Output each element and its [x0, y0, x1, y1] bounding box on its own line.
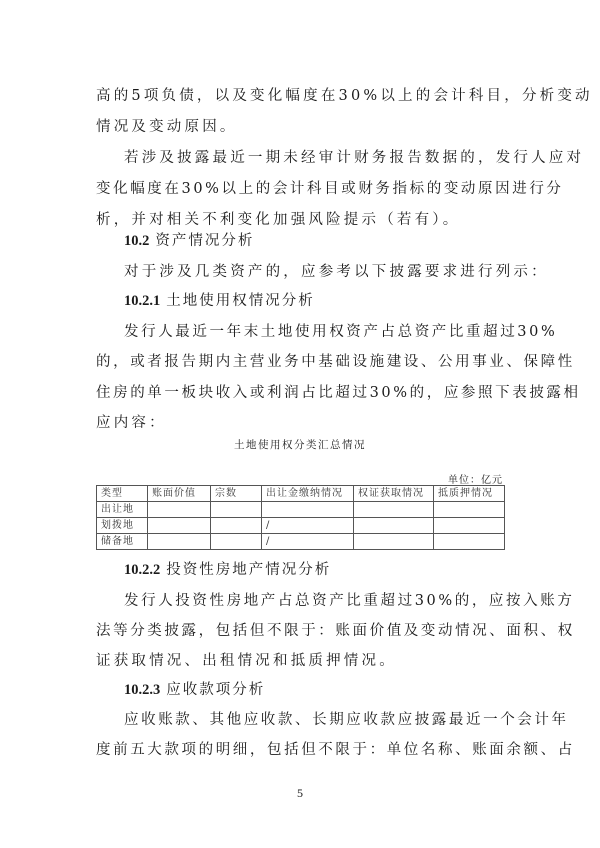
section-title: 应收款项分析	[166, 682, 265, 698]
table-cell: /	[262, 534, 354, 550]
table-cell	[354, 502, 434, 518]
table-cell	[434, 518, 505, 534]
paragraph-line: 发行人投资性房地产占总资产比重超过30%的，应按入账方	[124, 591, 504, 611]
header-cell: 权证获取情况	[354, 486, 434, 502]
table-cell	[434, 534, 505, 550]
header-cell: 宗数	[211, 486, 262, 502]
table-cell	[262, 502, 354, 518]
table-cell	[354, 534, 434, 550]
paragraph-line: 对于涉及几类资产的，应参考以下披露要求进行列示：	[124, 262, 504, 282]
table-cell: 储备地	[97, 534, 148, 550]
table-cell	[434, 502, 505, 518]
table-cell: 出让地	[97, 502, 148, 518]
section-heading-10-2-1: 10.2.1土地使用权情况分析	[124, 291, 315, 311]
land-use-rights-table: 类型 账面价值 宗数 出让金缴纳情况 权证获取情况 抵质押情况 出让地 划拨地 …	[96, 485, 505, 550]
section-number: 10.2.1	[124, 293, 160, 309]
table-cell: 划拨地	[97, 518, 148, 534]
paragraph-line: 析，并对相关不利变化加强风险提示（若有）。	[96, 210, 504, 230]
table-cell	[211, 518, 262, 534]
table-cell: /	[262, 518, 354, 534]
table-header-row: 类型 账面价值 宗数 出让金缴纳情况 权证获取情况 抵质押情况	[97, 486, 505, 502]
table-cell	[211, 502, 262, 518]
table-row: 划拨地 /	[97, 518, 505, 534]
paragraph-line: 高的5项负债，以及变化幅度在30%以上的会计科目，分析变动	[96, 86, 504, 106]
section-title: 资产情况分析	[155, 233, 254, 249]
paragraph-line: 度前五大款项的明细，包括但不限于：单位名称、账面余额、占	[96, 740, 504, 760]
section-number: 10.2.3	[124, 682, 160, 698]
paragraph-line: 应内容：	[96, 413, 504, 433]
table-cell	[148, 534, 211, 550]
paragraph-line: 住房的单一板块收入或利润占比超过30%的，应参照下表披露相	[96, 383, 504, 403]
header-cell: 账面价值	[148, 486, 211, 502]
table-cell	[211, 534, 262, 550]
paragraph-line: 变化幅度在30%以上的会计科目或财务指标的变动原因进行分	[96, 179, 504, 199]
table-cell	[148, 502, 211, 518]
paragraph-line: 法等分类披露，包括但不限于：账面价值及变动情况、面积、权	[96, 621, 504, 641]
header-cell: 类型	[97, 486, 148, 502]
paragraph-line: 若涉及披露最近一期未经审计财务报告数据的，发行人应对	[124, 148, 504, 168]
paragraph-line: 证获取情况、出租情况和抵质押情况。	[96, 651, 504, 671]
header-cell: 出让金缴纳情况	[262, 486, 354, 502]
section-heading-10-2-3: 10.2.3应收款项分析	[124, 680, 265, 700]
table-cell	[354, 518, 434, 534]
section-heading-10-2: 10.2资产情况分析	[124, 231, 254, 251]
table-unit: 单位：亿元	[448, 471, 503, 486]
paragraph-line: 应收账款、其他应收款、长期应收款应披露最近一个会计年	[124, 710, 504, 730]
section-title: 土地使用权情况分析	[166, 293, 315, 309]
paragraph-line: 的，或者报告期内主营业务中基础设施建设、公用事业、保障性	[96, 352, 504, 372]
section-heading-10-2-2: 10.2.2投资性房地产情况分析	[124, 560, 331, 580]
header-cell: 抵质押情况	[434, 486, 505, 502]
page-number: 5	[0, 786, 600, 801]
section-number: 10.2	[124, 233, 149, 249]
paragraph-line: 情况及变动原因。	[96, 117, 504, 137]
section-number: 10.2.2	[124, 562, 160, 578]
table-row: 出让地	[97, 502, 505, 518]
section-title: 投资性房地产情况分析	[166, 562, 331, 578]
table-cell	[148, 518, 211, 534]
table-caption: 土地使用权分类汇总情况	[0, 437, 600, 452]
paragraph-line: 发行人最近一年末土地使用权资产占总资产比重超过30%	[124, 322, 504, 342]
table-row: 储备地 /	[97, 534, 505, 550]
